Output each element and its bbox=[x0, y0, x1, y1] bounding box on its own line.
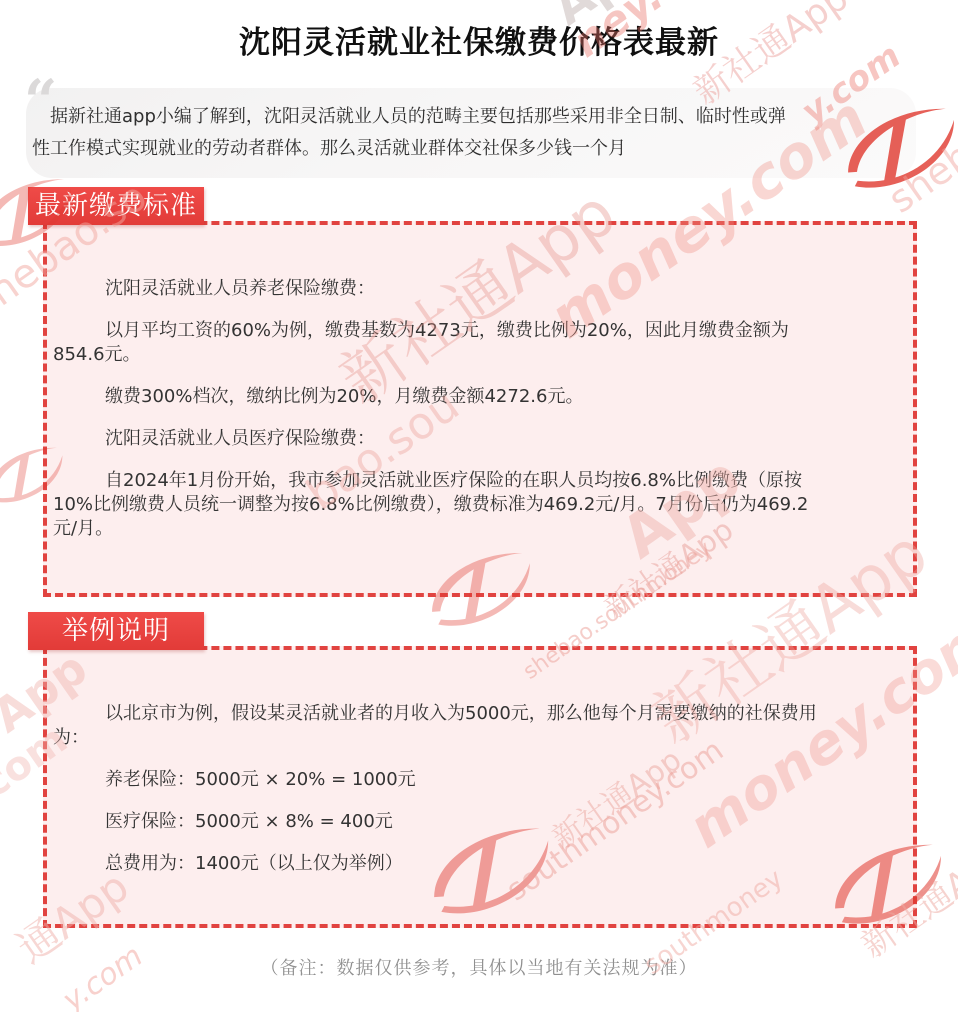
intro-quote-box: “ 据新社通app小编了解到，沈阳灵活就业人员的范畴主要包括那些采用非全日制、临… bbox=[26, 88, 916, 178]
page-title: 沈阳灵活就业社保缴费价格表最新 bbox=[20, 24, 938, 62]
article-page: 沈阳灵活就业社保缴费价格表最新 “ 据新社通app小编了解到，沈阳灵活就业人员的… bbox=[0, 0, 958, 1012]
section-label-example: 举例说明 bbox=[28, 612, 204, 650]
section-latest-standard: 最新缴费标准 沈阳灵活就业人员养老保险缴费： 以月平均工资的60%为例，缴费基数… bbox=[0, 178, 958, 597]
footer-note: （备注：数据仅供参考，具体以当地有关法规为准） bbox=[0, 954, 958, 980]
paragraph: 总费用为：1400元（以上仅为举例） bbox=[53, 852, 901, 876]
section-label-latest-standard: 最新缴费标准 bbox=[28, 187, 204, 225]
paragraph: 以北京市为例，假设某灵活就业者的月收入为5000元，那么他每个月需要缴纳的社保费… bbox=[53, 702, 901, 750]
intro-text: 据新社通app小编了解到，沈阳灵活就业人员的范畴主要包括那些采用非全日制、临时性… bbox=[32, 101, 894, 165]
paragraph: 沈阳灵活就业人员养老保险缴费： bbox=[53, 277, 901, 301]
paragraph: 养老保险：5000元 × 20% = 1000元 bbox=[53, 768, 901, 792]
paragraph: 缴费300%档次，缴纳比例为20%，月缴费金额4272.6元。 bbox=[53, 385, 901, 409]
paragraph: 医疗保险：5000元 × 8% = 400元 bbox=[53, 810, 901, 834]
example-box: 以北京市为例，假设某灵活就业者的月收入为5000元，那么他每个月需要缴纳的社保费… bbox=[43, 646, 917, 928]
paragraph: 沈阳灵活就业人员医疗保险缴费： bbox=[53, 427, 901, 451]
latest-standard-box: 沈阳灵活就业人员养老保险缴费： 以月平均工资的60%为例，缴费基数为4273元，… bbox=[43, 221, 917, 597]
paragraph: 自2024年1月份开始，我市参加灵活就业医疗保险的在职人员均按6.8%比例缴费（… bbox=[53, 469, 901, 541]
paragraph: 以月平均工资的60%为例，缴费基数为4273元，缴费比例为20%，因此月缴费金额… bbox=[53, 319, 901, 367]
section-example: 举例说明 以北京市为例，假设某灵活就业者的月收入为5000元，那么他每个月需要缴… bbox=[0, 597, 958, 928]
